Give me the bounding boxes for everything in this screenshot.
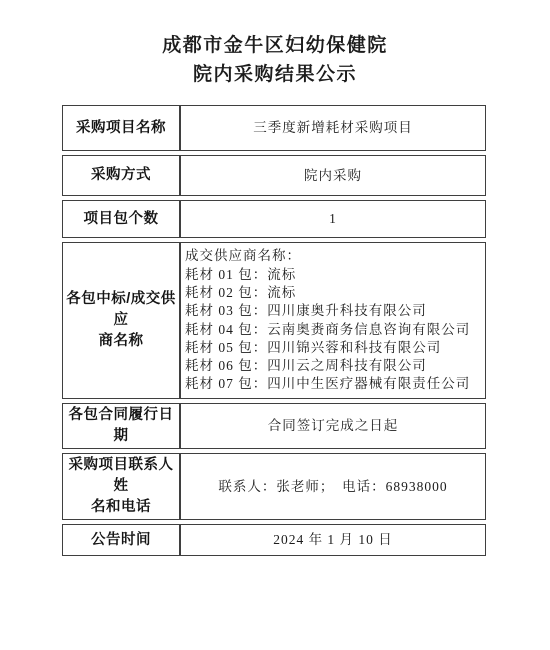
row-project-name: 采购项目名称 三季度新增耗材采购项目 bbox=[62, 105, 486, 151]
contact-info-label: 采购项目联系人姓 名和电话 bbox=[62, 453, 180, 520]
winning-suppliers-value: 成交供应商名称： 耗材 01 包：流标 耗材 02 包：流标 耗材 03 包：四… bbox=[180, 242, 486, 399]
procurement-method-label: 采购方式 bbox=[62, 155, 180, 196]
project-name-value: 三季度新增耗材采购项目 bbox=[180, 105, 486, 151]
package-count-value: 1 bbox=[180, 200, 486, 238]
procurement-method-value: 院内采购 bbox=[180, 155, 486, 196]
announcement-date-value: 2024 年 1 月 10 日 bbox=[180, 524, 486, 556]
contract-period-label: 各包合同履行日期 bbox=[62, 403, 180, 449]
row-contract-period: 各包合同履行日期 合同签订完成之日起 bbox=[62, 403, 486, 449]
contact-info-value: 联系人：张老师； 电话：68938000 bbox=[180, 453, 486, 520]
row-announcement-date: 公告时间 2024 年 1 月 10 日 bbox=[62, 524, 486, 556]
row-winning-suppliers: 各包中标/成交供应 商名称 成交供应商名称： 耗材 01 包：流标 耗材 02 … bbox=[62, 242, 486, 399]
title-line-2: 院内采购结果公示 bbox=[0, 60, 550, 89]
procurement-result-table: 采购项目名称 三季度新增耗材采购项目 采购方式 院内采购 项目包个数 1 各包中… bbox=[62, 101, 486, 560]
winning-suppliers-label: 各包中标/成交供应 商名称 bbox=[62, 242, 180, 399]
project-name-label: 采购项目名称 bbox=[62, 105, 180, 151]
row-contact-info: 采购项目联系人姓 名和电话 联系人：张老师； 电话：68938000 bbox=[62, 453, 486, 520]
contract-period-value: 合同签订完成之日起 bbox=[180, 403, 486, 449]
row-procurement-method: 采购方式 院内采购 bbox=[62, 155, 486, 196]
row-package-count: 项目包个数 1 bbox=[62, 200, 486, 238]
package-count-label: 项目包个数 bbox=[62, 200, 180, 238]
title-line-1: 成都市金牛区妇幼保健院 bbox=[0, 31, 550, 60]
announcement-date-label: 公告时间 bbox=[62, 524, 180, 556]
document-title: 成都市金牛区妇幼保健院 院内采购结果公示 bbox=[0, 31, 550, 89]
document-page: 成都市金牛区妇幼保健院 院内采购结果公示 采购项目名称 三季度新增耗材采购项目 … bbox=[0, 31, 550, 560]
